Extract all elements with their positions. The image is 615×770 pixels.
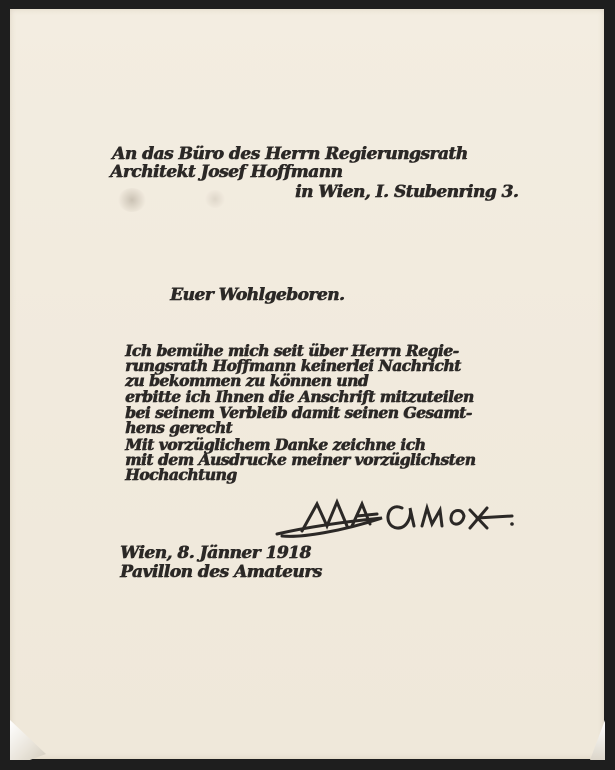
body-line: hens gerecht [125,420,232,435]
signature [272,496,522,541]
body-line: zu bekommen zu können und [125,373,368,388]
body-line: erbitte ich Ihnen die Anschrift mitzutei… [125,389,474,404]
address-line-2: Architekt Josef Hoffmann [110,162,342,182]
address-line-1: An das Büro des Herrn Regierungsrath [112,144,468,164]
ink-smudge [118,188,146,212]
salutation: Euer Wohlgeboren. [170,285,344,305]
body-line: Hochachtung [125,467,236,482]
date-line: Wien, 8. Jänner 1918 [120,543,311,563]
place-line: Pavillon des Amateurs [120,562,322,582]
address-line-3: in Wien, I. Stubenring 3. [295,182,518,202]
ink-smudge [205,190,225,208]
